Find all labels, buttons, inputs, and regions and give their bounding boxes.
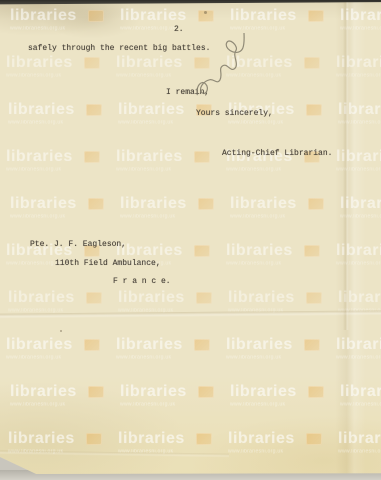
libraries-ni-logo-icon	[198, 386, 214, 398]
libraries-ni-logo-icon	[198, 198, 214, 210]
watermark-tile: librarieswww.librariesni.org.uk	[336, 337, 381, 362]
watermark-url-text: www.librariesni.org.uk	[120, 214, 203, 219]
watermark-brand-text: libraries	[230, 8, 297, 24]
watermark-brand-text: libraries	[120, 196, 187, 212]
watermark-tile: librarieswww.librariesni.org.uk	[6, 55, 118, 80]
watermark-brand-text: libraries	[8, 290, 75, 306]
watermark-url-text: www.librariesni.org.uk	[228, 449, 311, 454]
libraries-ni-logo-icon	[304, 339, 320, 351]
watermark-brand-text: libraries	[116, 55, 183, 71]
signoff-line: Acting-Chief Librarian.	[222, 149, 332, 159]
libraries-ni-logo-icon	[308, 198, 324, 210]
watermark-url-text: www.librariesni.org.uk	[230, 26, 313, 31]
libraries-ni-logo-icon	[194, 245, 210, 257]
watermark-tile: librarieswww.librariesni.org.uk	[116, 149, 228, 174]
watermark-tile: librarieswww.librariesni.org.uk	[228, 431, 340, 456]
watermark-brand-text: libraries	[6, 149, 73, 165]
watermark-brand-text: libraries	[226, 243, 293, 259]
watermark-tile: librarieswww.librariesni.org.uk	[230, 196, 342, 221]
watermark-url-text: www.librariesni.org.uk	[118, 120, 201, 125]
watermark-brand-text: libraries	[226, 337, 293, 353]
libraries-ni-logo-icon	[306, 104, 322, 116]
watermark-tile: librarieswww.librariesni.org.uk	[226, 243, 338, 268]
recipient-line-1: Pte. J. F. Eagleson,	[30, 240, 126, 250]
watermark-url-text: www.librariesni.org.uk	[340, 402, 381, 407]
libraries-ni-logo-icon	[84, 339, 100, 351]
pencil-inscription	[182, 33, 270, 99]
watermark-tile: librarieswww.librariesni.org.uk	[10, 8, 122, 33]
watermark-tile: librarieswww.librariesni.org.uk	[10, 196, 122, 221]
closing-line-2: Yours sincerely,	[196, 109, 273, 119]
watermark-brand-text: libraries	[116, 337, 183, 353]
scanned-letter-page: librarieswww.librariesni.org.uklibraries…	[0, 0, 381, 480]
paper-speck	[204, 11, 207, 14]
watermark-url-text: www.librariesni.org.uk	[8, 120, 91, 125]
watermark-brand-text: libraries	[230, 384, 297, 400]
watermark-brand-text: libraries	[118, 102, 185, 118]
watermark-url-text: www.librariesni.org.uk	[6, 73, 89, 78]
watermark-brand-text: libraries	[336, 337, 381, 353]
libraries-ni-logo-icon	[86, 292, 102, 304]
watermark-url-text: www.librariesni.org.uk	[116, 355, 199, 360]
watermark-brand-text: libraries	[340, 384, 381, 400]
watermark-url-text: www.librariesni.org.uk	[120, 402, 203, 407]
watermark-brand-text: libraries	[228, 431, 295, 447]
libraries-ni-logo-icon	[88, 386, 104, 398]
libraries-ni-logo-icon	[196, 433, 212, 445]
libraries-ni-logo-icon	[86, 433, 102, 445]
watermark-tile: librarieswww.librariesni.org.uk	[8, 290, 120, 315]
libraries-ni-logo-icon	[304, 57, 320, 69]
libraries-ni-logo-icon	[84, 151, 100, 163]
watermark-url-text: www.librariesni.org.uk	[6, 167, 89, 172]
watermark-brand-text: libraries	[6, 337, 73, 353]
watermark-brand-text: libraries	[116, 149, 183, 165]
watermark-url-text: www.librariesni.org.uk	[116, 167, 199, 172]
watermark-tile: librarieswww.librariesni.org.uk	[226, 337, 338, 362]
watermark-brand-text: libraries	[118, 431, 185, 447]
watermark-url-text: www.librariesni.org.uk	[226, 261, 309, 266]
libraries-ni-logo-icon	[194, 151, 210, 163]
libraries-ni-logo-icon	[194, 339, 210, 351]
libraries-ni-logo-icon	[86, 104, 102, 116]
libraries-ni-logo-icon	[196, 292, 212, 304]
watermark-tile: librarieswww.librariesni.org.uk	[340, 384, 381, 409]
libraries-ni-logo-icon	[84, 57, 100, 69]
recipient-line-2: 110th Field Ambulance,	[55, 259, 161, 269]
watermark-url-text: www.librariesni.org.uk	[10, 402, 93, 407]
watermark-brand-text: libraries	[8, 431, 75, 447]
watermark-tile: librarieswww.librariesni.org.uk	[8, 102, 120, 127]
watermark-brand-text: libraries	[120, 384, 187, 400]
watermark-tile: librarieswww.librariesni.org.uk	[6, 149, 118, 174]
watermark-url-text: www.librariesni.org.uk	[6, 355, 89, 360]
libraries-ni-logo-icon	[306, 433, 322, 445]
watermark-url-text: www.librariesni.org.uk	[226, 167, 309, 172]
watermark-url-text: www.librariesni.org.uk	[338, 449, 381, 454]
watermark-brand-text: libraries	[10, 8, 77, 24]
recipient-line-3: F r a n c e.	[113, 277, 171, 287]
watermark-url-text: www.librariesni.org.uk	[120, 26, 203, 31]
watermark-url-text: www.librariesni.org.uk	[230, 402, 313, 407]
watermark-brand-text: libraries	[8, 102, 75, 118]
watermark-tile: librarieswww.librariesni.org.uk	[338, 431, 381, 456]
watermark-brand-text: libraries	[120, 8, 187, 24]
libraries-ni-logo-icon	[88, 10, 104, 22]
libraries-ni-logo-icon	[88, 198, 104, 210]
watermark-tile: librarieswww.librariesni.org.uk	[120, 196, 232, 221]
watermark-brand-text: libraries	[6, 55, 73, 71]
watermark-brand-text: libraries	[10, 384, 77, 400]
watermark-url-text: www.librariesni.org.uk	[226, 355, 309, 360]
watermark-brand-text: libraries	[228, 290, 295, 306]
watermark-brand-text: libraries	[118, 290, 185, 306]
watermark-tile: librarieswww.librariesni.org.uk	[6, 337, 118, 362]
watermark-tile: librarieswww.librariesni.org.uk	[230, 8, 342, 33]
watermark-brand-text: libraries	[10, 196, 77, 212]
libraries-ni-logo-icon	[306, 292, 322, 304]
watermark-tile: librarieswww.librariesni.org.uk	[230, 384, 342, 409]
watermark-url-text: www.librariesni.org.uk	[336, 355, 381, 360]
libraries-ni-logo-icon	[304, 245, 320, 257]
paper-crease-vertical	[343, 0, 349, 330]
watermark-url-text: www.librariesni.org.uk	[10, 26, 93, 31]
letter-paper: librarieswww.librariesni.org.uklibraries…	[0, 0, 381, 480]
watermark-brand-text: libraries	[230, 196, 297, 212]
watermark-brand-text: libraries	[338, 431, 381, 447]
libraries-ni-logo-icon	[308, 10, 324, 22]
watermark-tile: librarieswww.librariesni.org.uk	[120, 384, 232, 409]
watermark-url-text: www.librariesni.org.uk	[10, 214, 93, 219]
paper-speck	[60, 330, 62, 332]
watermark-url-text: www.librariesni.org.uk	[230, 214, 313, 219]
libraries-ni-logo-icon	[308, 386, 324, 398]
watermark-tile: librarieswww.librariesni.org.uk	[116, 337, 228, 362]
watermark-tile: librarieswww.librariesni.org.uk	[10, 384, 122, 409]
watermark-url-text: www.librariesni.org.uk	[228, 120, 311, 125]
